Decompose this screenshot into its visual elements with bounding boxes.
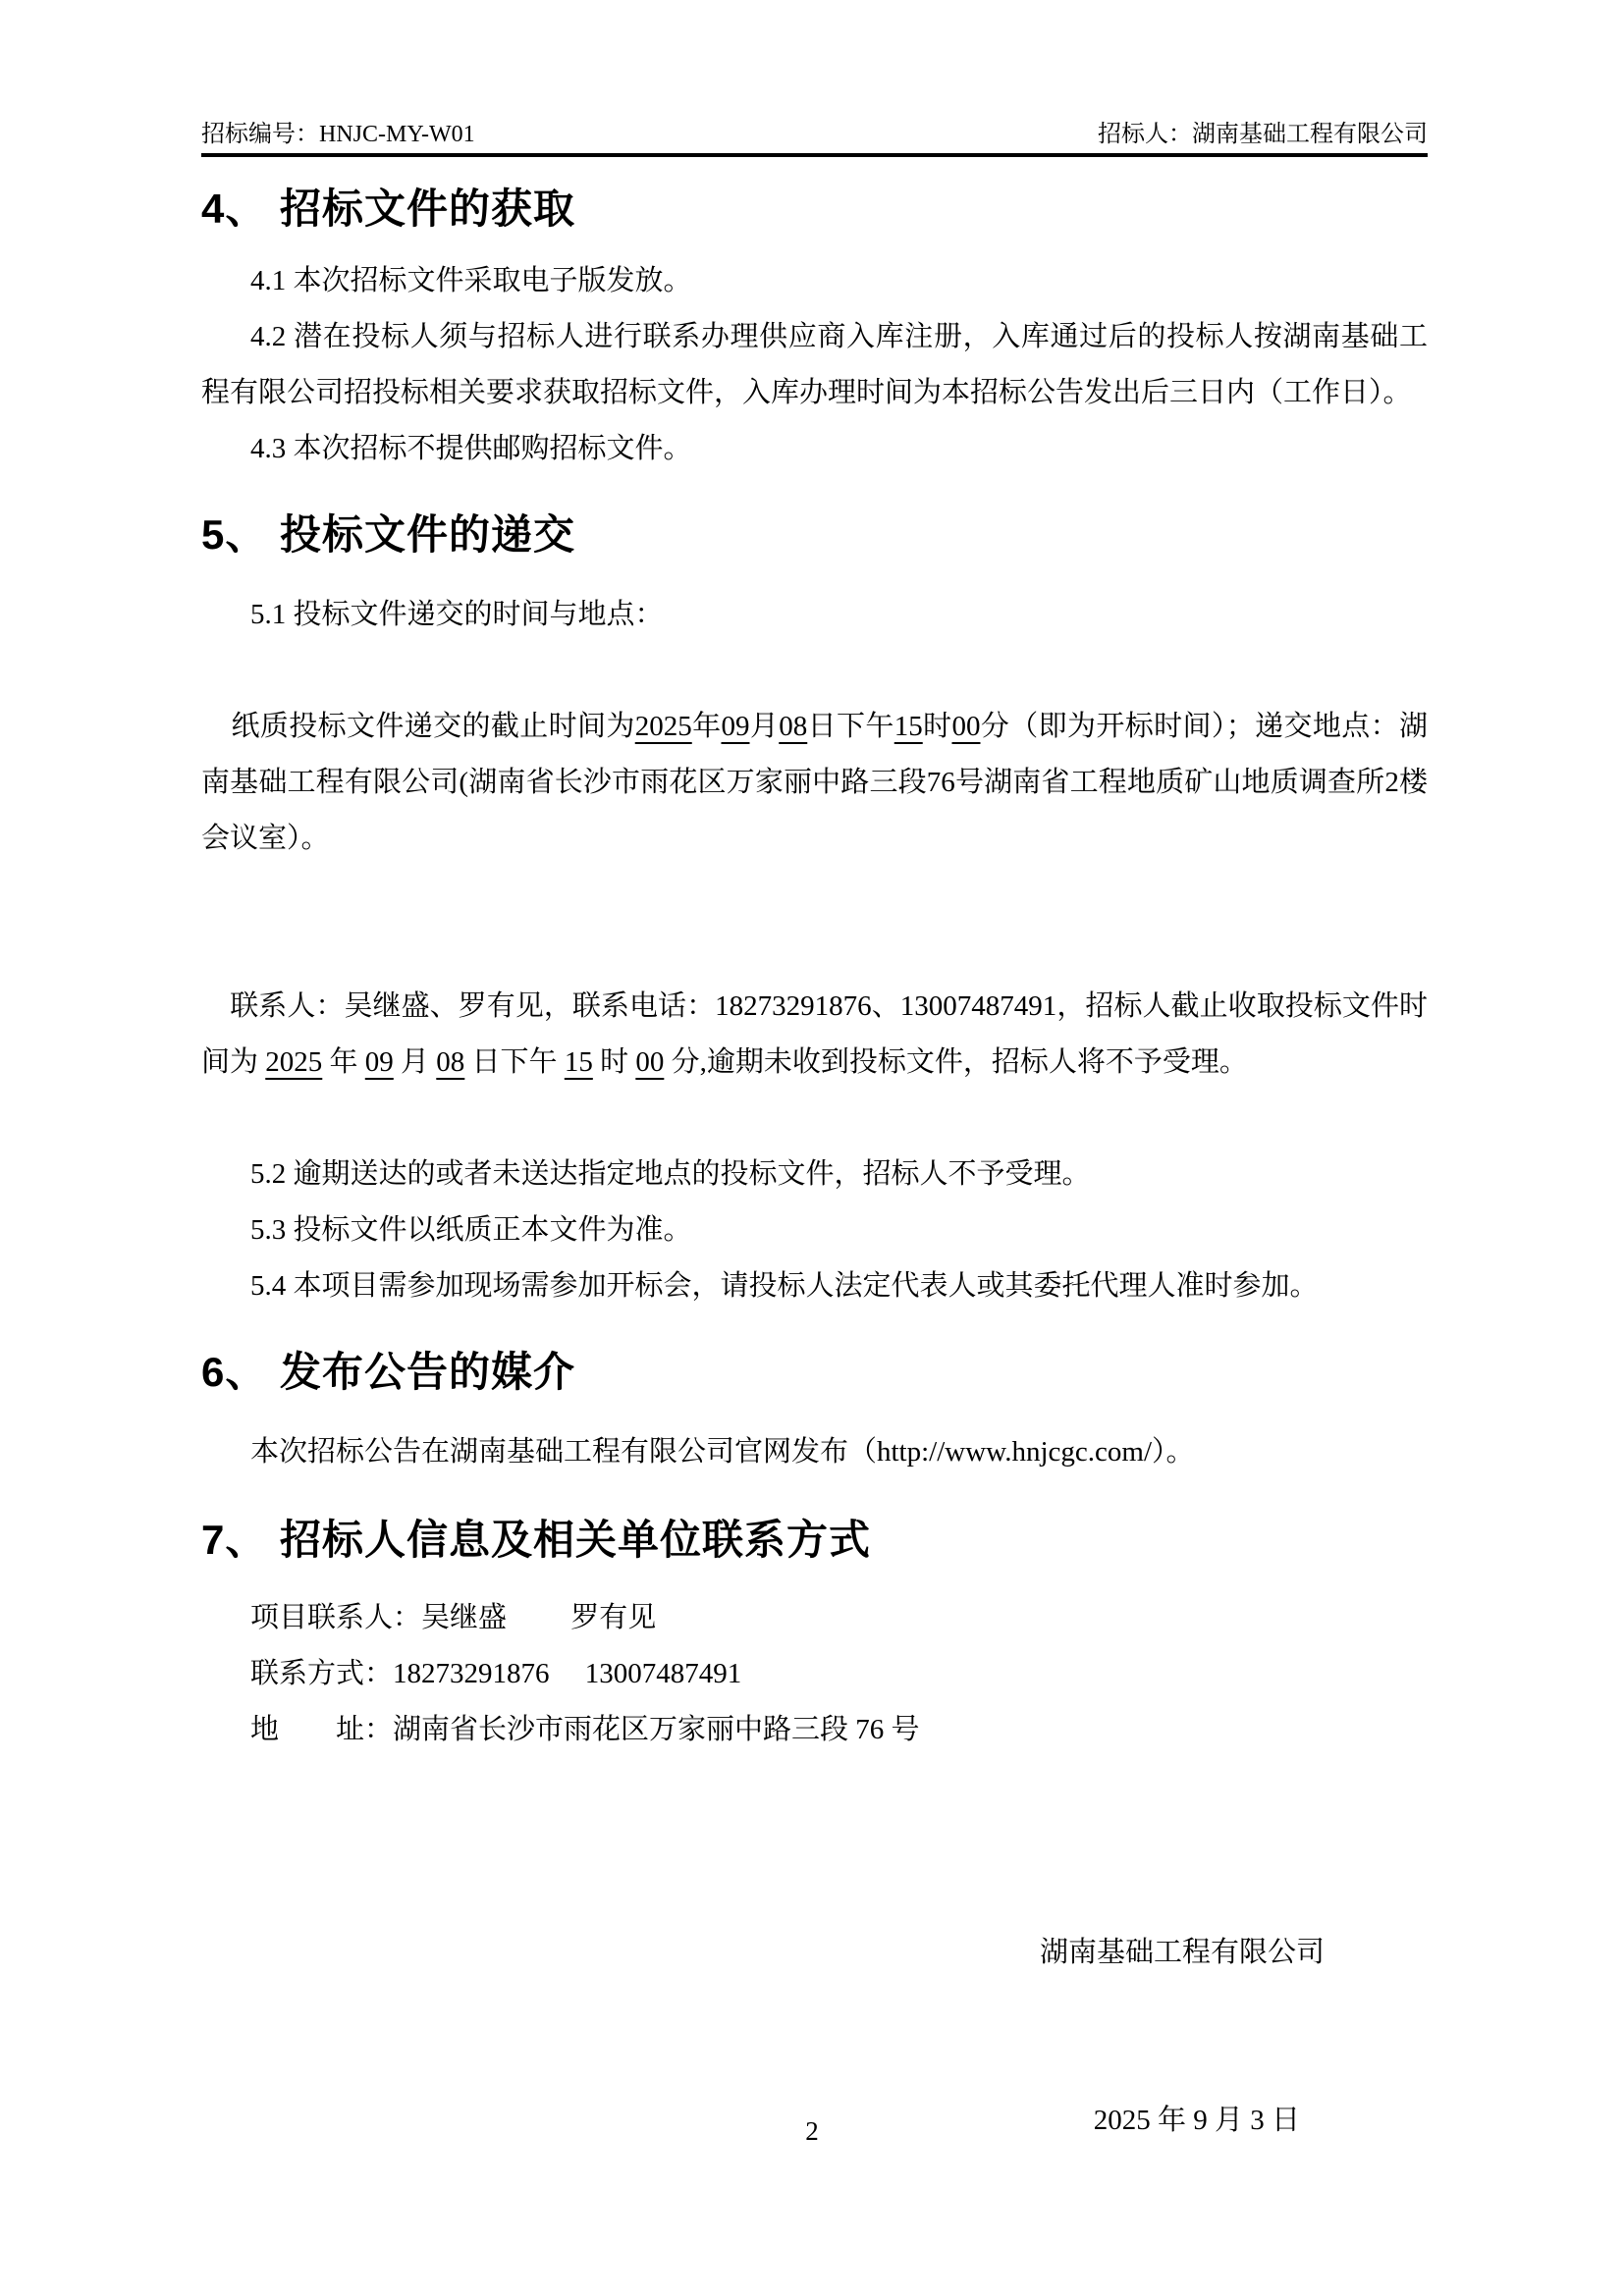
underlined-hour: 15 <box>565 1046 593 1078</box>
signature-block: 湖南基础工程有限公司 2025 年 9 月 3 日 <box>201 1813 1428 2261</box>
underlined-year: 2025 <box>635 711 692 742</box>
section-7-title: 7、 招标人信息及相关单位联系方式 <box>201 1516 1428 1565</box>
paragraph-5-3: 5.3 投标文件以纸质正本文件为准。 <box>201 1202 1428 1258</box>
underlined-day: 08 <box>779 711 807 742</box>
paragraph-contacts-deadline: 联系人：吴继盛、罗有见，联系电话：18273291876、13007487491… <box>201 923 1428 1147</box>
underlined-minute: 00 <box>635 1046 664 1078</box>
text-segment: 时 <box>593 1046 636 1078</box>
text-segment: 年 <box>692 711 722 742</box>
underlined-month: 09 <box>721 711 749 742</box>
text-segment: 时 <box>923 711 952 742</box>
underlined-month: 09 <box>365 1046 394 1078</box>
paragraph-announcement-media: 本次招标公告在湖南基础工程有限公司官网发布（http://www.hnjcgc.… <box>201 1424 1428 1480</box>
paragraph-4-1: 4.1 本次招标文件采取电子版发放。 <box>201 253 1428 309</box>
text-segment: 月 <box>749 711 779 742</box>
document-page: 招标编号：HNJC-MY-W01 招标人：湖南基础工程有限公司 4、 招标文件的… <box>0 0 1624 2296</box>
text-segment: 纸质投标文件递交的截止时间为 <box>232 711 635 742</box>
page-number: 2 <box>0 2116 1624 2146</box>
header-bid-number: 招标编号：HNJC-MY-W01 <box>201 120 475 149</box>
running-header: 招标编号：HNJC-MY-W01 招标人：湖南基础工程有限公司 <box>201 120 1428 157</box>
paragraph-5-2: 5.2 逾期送达的或者未送达指定地点的投标文件，招标人不予受理。 <box>201 1147 1428 1202</box>
header-tenderer: 招标人：湖南基础工程有限公司 <box>1098 120 1428 149</box>
contact-names-line: 项目联系人：吴继盛 罗有见 <box>201 1590 1428 1646</box>
paragraph-4-3: 4.3 本次招标不提供邮购招标文件。 <box>201 421 1428 477</box>
section-6-title: 6、 发布公告的媒介 <box>201 1348 1428 1397</box>
paragraph-5-4: 5.4 本项目需参加现场需参加开标会，请投标人法定代表人或其委托代理人准时参加。 <box>201 1258 1428 1314</box>
underlined-minute: 00 <box>951 711 980 742</box>
underlined-hour: 15 <box>894 711 923 742</box>
paragraph-5-1: 5.1 投标文件递交的时间与地点： <box>201 587 1428 643</box>
text-segment: 月 <box>394 1046 437 1078</box>
contact-phones-line: 联系方式：18273291876 13007487491 <box>201 1646 1428 1702</box>
underlined-year: 2025 <box>265 1046 322 1078</box>
text-segment: 分,逾期未收到投标文件，招标人将不予受理。 <box>664 1046 1248 1078</box>
signature-company: 湖南基础工程有限公司 <box>201 1925 1428 1981</box>
text-segment: 日下午 <box>464 1046 565 1078</box>
section-5-title: 5、 投标文件的递交 <box>201 510 1428 560</box>
paragraph-4-2: 4.2 潜在投标人须与招标人进行联系办理供应商入库注册，入库通过后的投标人按湖南… <box>201 309 1428 421</box>
contact-address-line: 地 址：湖南省长沙市雨花区万家丽中路三段 76 号 <box>201 1702 1428 1758</box>
paragraph-submission-deadline: 纸质投标文件递交的截止时间为2025年09月08日下午15时00分（即为开标时间… <box>201 643 1428 923</box>
text-segment: 年 <box>322 1046 365 1078</box>
section-4-title: 4、 招标文件的获取 <box>201 185 1428 234</box>
text-segment: 日下午 <box>807 711 894 742</box>
underlined-day: 08 <box>436 1046 464 1078</box>
